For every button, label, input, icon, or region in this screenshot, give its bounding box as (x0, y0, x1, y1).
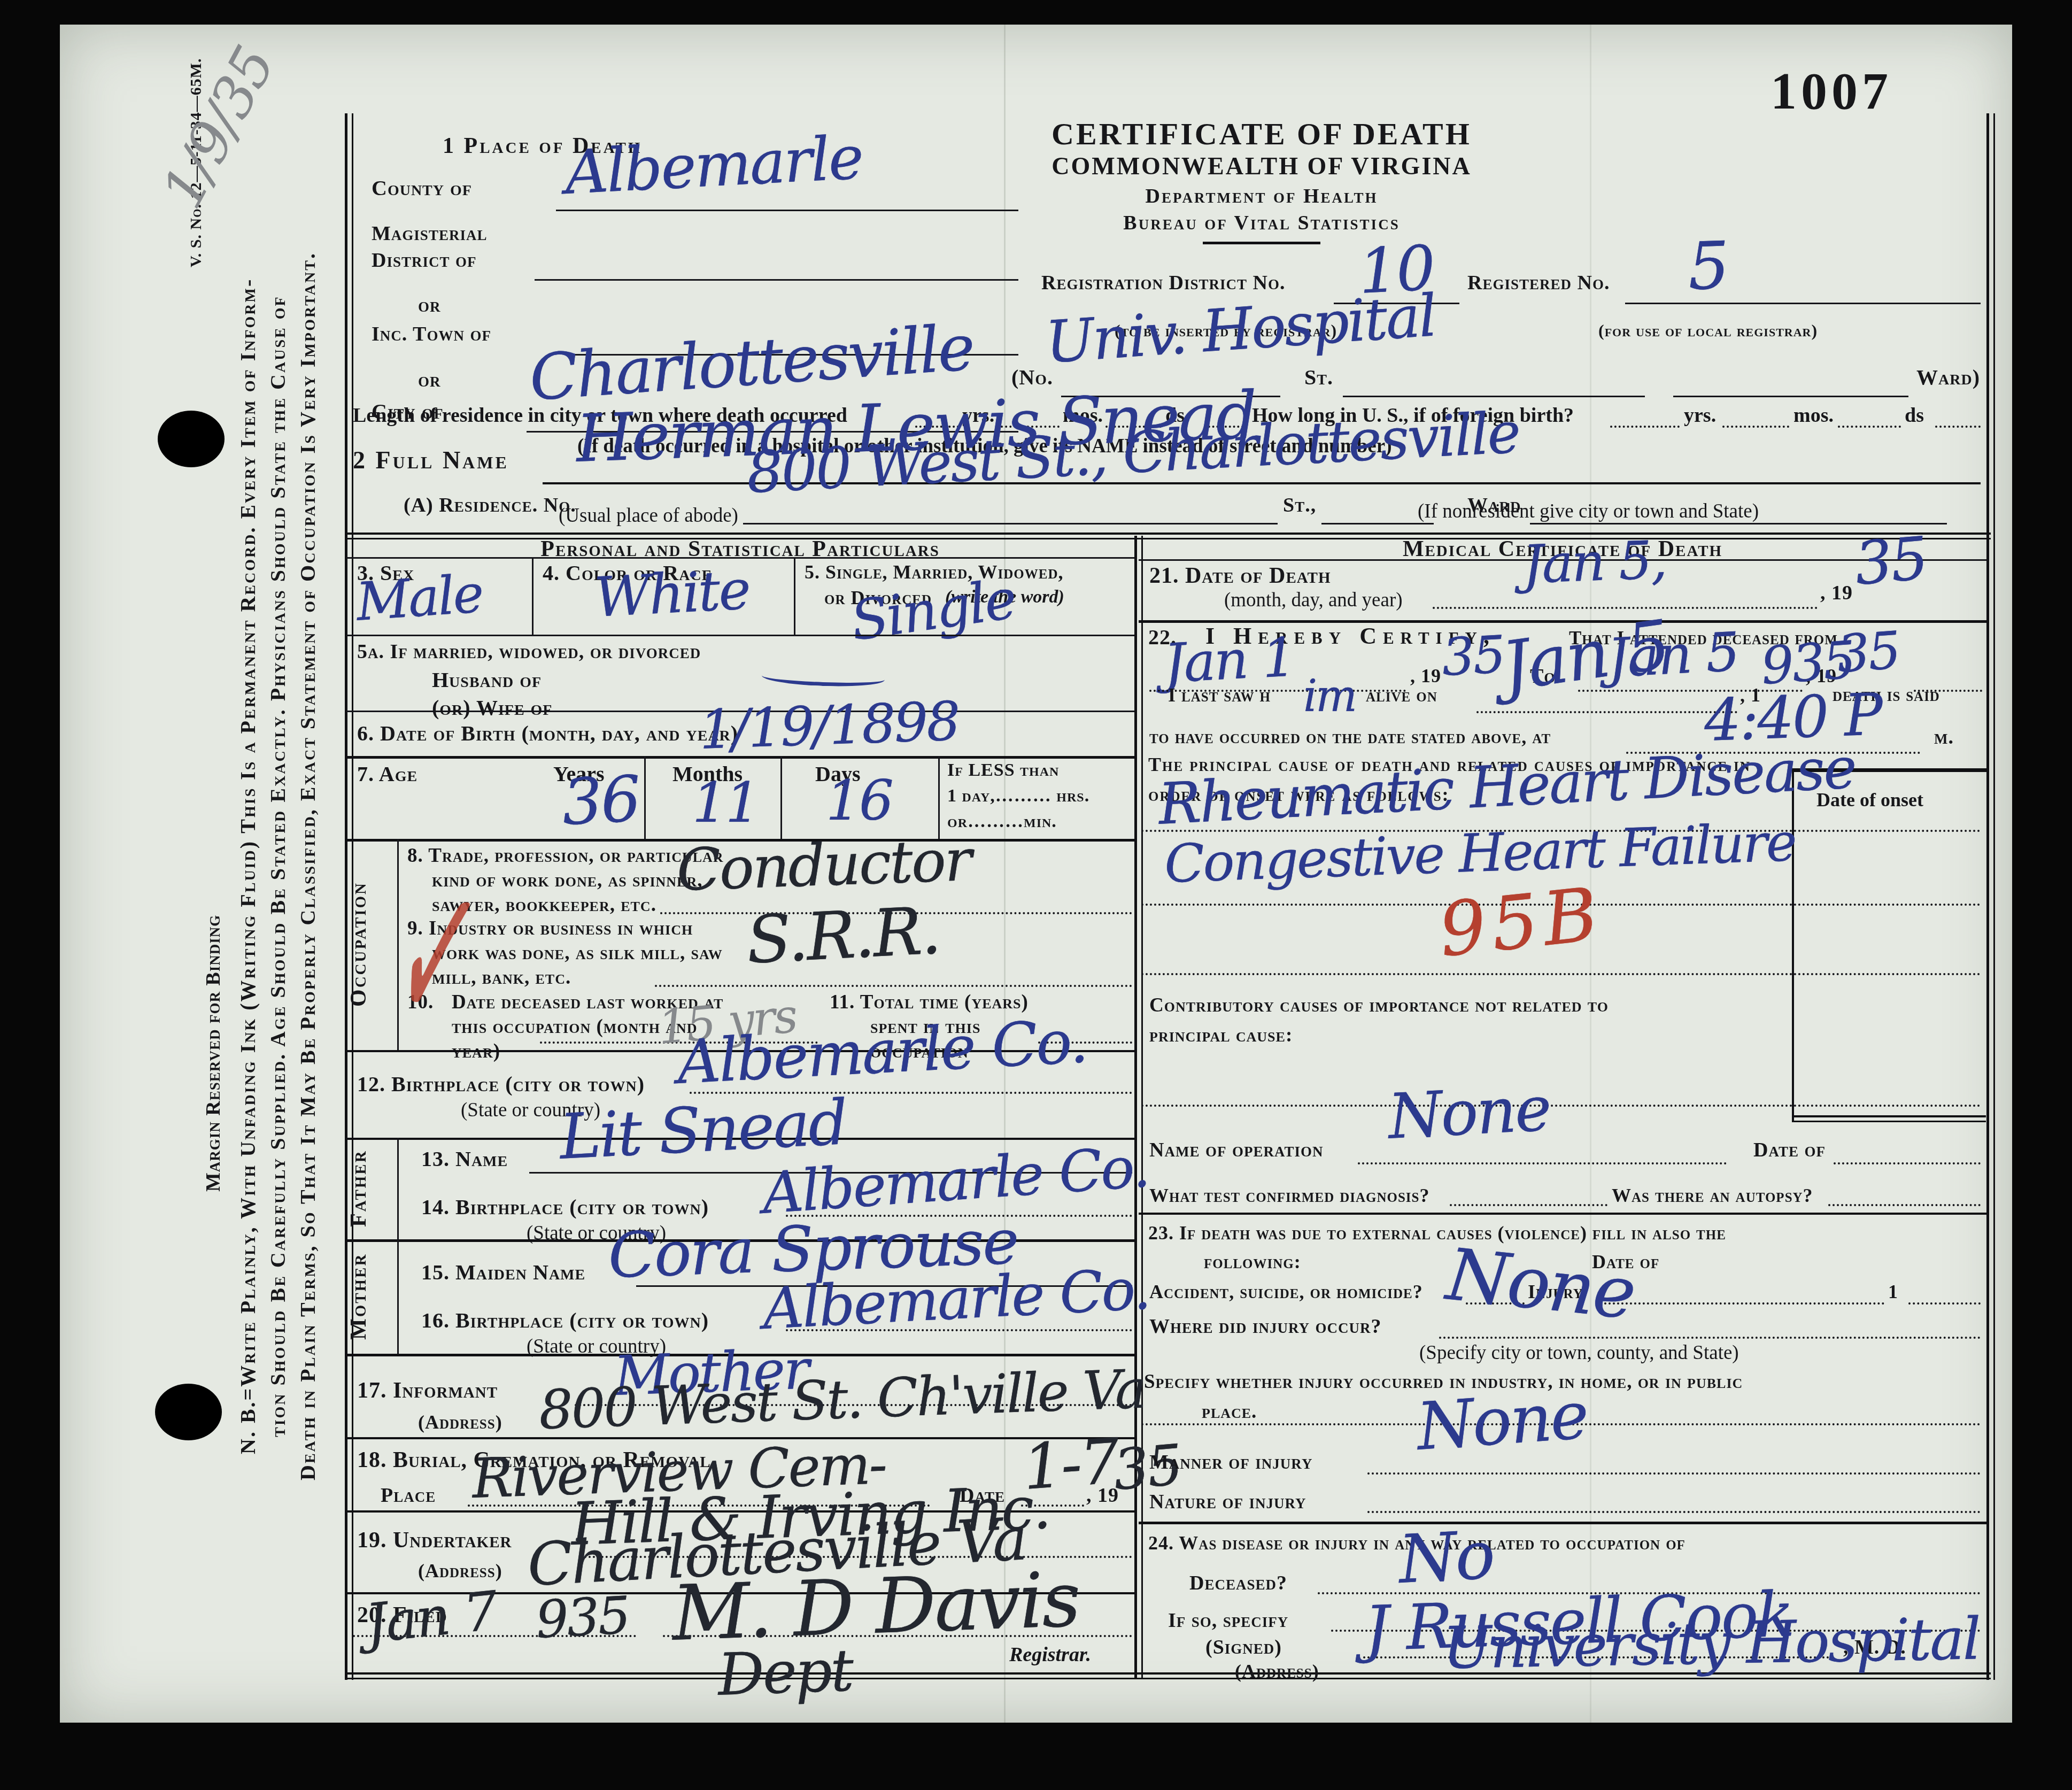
s11-label-1: 11. Total time (years) (830, 992, 1029, 1012)
rule (346, 635, 1134, 636)
test-label: What test confirmed diagnosis? (1149, 1186, 1430, 1205)
fill-line (1141, 973, 1981, 975)
year-19-prefix: , 19 (1820, 583, 1853, 603)
sex-value: Male (354, 568, 484, 629)
fill-line (1358, 1162, 1727, 1164)
nonresident-note: (If nonresident give city or town and St… (1418, 501, 1759, 521)
fill-line (1722, 426, 1789, 428)
s13-label: 13. Name (421, 1148, 508, 1170)
fill-line (1828, 1204, 1981, 1206)
attended-from-year: 35 (1441, 629, 1505, 683)
fill-line (1367, 1472, 1981, 1475)
where-injury-label: Where did injury occur? (1149, 1316, 1382, 1337)
injury-one-label: 1 (1888, 1282, 1898, 1301)
cell-divider (938, 756, 940, 839)
department-line: Department of Health (1037, 186, 1486, 206)
registrar-dept-note: Dept (717, 1642, 853, 1704)
where-injury-note: (Specify city or town, county, and State… (1419, 1343, 1739, 1363)
magisterial-label-2: District of (372, 250, 476, 271)
rule (346, 756, 1134, 759)
fill-line (1596, 1302, 1884, 1305)
s21-note: (month, day, and year) (1224, 590, 1403, 610)
s17-label: 17. Informant (357, 1379, 498, 1402)
registered-no-label: Registered No. (1467, 273, 1610, 293)
abode-note: (Usual place of abode) (559, 506, 738, 526)
s5a-label-3: (or) Wife of (432, 697, 552, 719)
registered-no-value: 5 (1687, 233, 1729, 299)
s17-address-label: (Address) (418, 1413, 502, 1432)
s19-label: 19. Undertaker (357, 1529, 512, 1552)
margin-nb-line1: N. B.=Write Plainly, With Unfading Ink (… (237, 91, 264, 1641)
operation-label: Name of operation (1149, 1140, 1323, 1160)
age-label: 7. Age (357, 763, 418, 785)
st2-label: St., (1283, 495, 1316, 515)
death-year-value: 35 (1852, 529, 1929, 593)
mos-label: mos. (1793, 405, 1834, 426)
fill-line (1433, 607, 1818, 609)
or-label: or (418, 370, 441, 390)
year-19-prefix: , 19 (1086, 1485, 1119, 1506)
saw-im-value: im (1303, 675, 1356, 719)
fill-line (1908, 1302, 1981, 1305)
ds-label: ds (1905, 405, 1924, 426)
attended-from-value: Jan 1 (1163, 630, 1296, 691)
cell-divider (780, 756, 782, 839)
accident-value: None (1443, 1239, 1638, 1330)
burial-place-label: Place (381, 1485, 436, 1506)
s14-label: 14. Birthplace (city or town) (421, 1197, 709, 1218)
header-title-block: CERTIFICATE OF DEATH COMMONWEALTH OF VIR… (1037, 119, 1486, 244)
st2-line (1321, 523, 1434, 524)
residence-line (743, 523, 1278, 524)
full-name-label: 2 Full Name (353, 448, 509, 473)
specify-label-2: place. (1202, 1402, 1257, 1422)
manner-label: Manner of injury (1149, 1452, 1312, 1472)
cell-divider (397, 1138, 399, 1239)
ward-label: Ward) (1916, 367, 1980, 388)
ward-line (1673, 396, 1908, 397)
death-date-value: Jan 5, (1522, 534, 1667, 591)
certificate-title: CERTIFICATE OF DEATH (1037, 119, 1486, 150)
s19-address-label: (Address) (418, 1561, 502, 1580)
bureau-underline (1203, 242, 1320, 244)
nature-label: Nature of injury (1149, 1492, 1306, 1512)
contributory-label-2: principal cause: (1149, 1025, 1293, 1045)
local-registrar-note: (for use of local registrar) (1598, 322, 1818, 339)
accident-label: Accident, suicide, or homicide? (1149, 1282, 1423, 1301)
rule (1139, 1522, 1986, 1524)
contributory-label-1: Contributory causes of importance not re… (1149, 996, 1609, 1015)
fill-line (1834, 1162, 1981, 1164)
fill-line (1141, 1105, 1981, 1107)
s5a-label-2: Husband of (432, 669, 542, 691)
certificate-number: 1007 (1771, 65, 1892, 118)
saw-label-1: I last saw h (1168, 685, 1271, 705)
cell-divider (644, 756, 646, 839)
manner-value: None (1414, 1383, 1589, 1460)
s16-label: 16. Birthplace (city or town) (421, 1310, 709, 1331)
st-line (1343, 396, 1645, 397)
fill-line (1439, 1337, 1981, 1339)
ward2-line (1530, 523, 1947, 524)
if-so-label: If so, specify (1168, 1610, 1288, 1631)
margin-nb-line3: Death in Plain Terms, So That It May Be … (297, 91, 324, 1641)
punch-hole (155, 1384, 222, 1440)
fill-line (1367, 1511, 1981, 1513)
cell-divider (532, 557, 534, 635)
fill-line (1450, 1204, 1607, 1206)
margin-binding-note: Margin Reserved for Binding (203, 888, 229, 1219)
st-label: St. (1304, 367, 1333, 388)
age-days-value: 16 (826, 774, 892, 829)
fill-line (1476, 711, 1737, 713)
s5a-label-1: 5a. If married, widowed, or divorced (357, 642, 701, 662)
magisterial-label-1: Magisterial (372, 223, 487, 244)
filed-year-value: 935 (535, 1590, 630, 1646)
age-years-value: 36 (561, 767, 641, 834)
fill-line (1935, 426, 1981, 428)
residence-label: (A) Residence. No. (404, 495, 576, 515)
if-less-label-1: If LESS than (947, 761, 1059, 780)
physician-address: University Hospital (1442, 1610, 1980, 1678)
column-divider (1134, 536, 1143, 1678)
cause-code-stamp: 95B (1436, 877, 1607, 968)
s23-label-1: 23. If death was due to external causes … (1148, 1223, 1726, 1243)
industry-value: S.R.R. (745, 898, 941, 973)
s23-label-2: following: (1204, 1252, 1301, 1271)
m-label: m. (1934, 727, 1954, 747)
or-label: or (418, 295, 441, 315)
yrs-label: yrs. (1684, 405, 1716, 426)
rule (1139, 1213, 1986, 1215)
signed-label: (Signed) (1205, 1637, 1282, 1657)
s12-label: 12. Birthplace (city or town) (357, 1074, 645, 1095)
year-19-prefix: , 19 (1410, 666, 1441, 685)
fill-line (1838, 426, 1901, 428)
margin-nb-line2: tion Should Be Carefully Supplied. Age S… (267, 91, 294, 1641)
mother-side-label: Mother (347, 1239, 397, 1354)
punch-hole (158, 411, 225, 467)
county-value: Albemarle (563, 128, 863, 203)
county-line (556, 210, 1018, 211)
date-of-onset-box (1792, 768, 1988, 1122)
age-months-value: 11 (692, 776, 759, 831)
registrar-label: Registrar. (1009, 1645, 1091, 1665)
s21-label: 21. Date of Death (1149, 565, 1331, 587)
scanned-death-certificate: { "colors":{"paper":"#e5e9e2","print":"#… (0, 0, 2072, 1790)
s15-label: 15. Maiden Name (421, 1262, 585, 1283)
fill-line (655, 985, 1132, 987)
s24-label-2: Deceased? (1189, 1573, 1287, 1593)
filed-date-value: Jan 7 (364, 1584, 499, 1651)
bureau-line: Bureau of Vital Statistics (1037, 213, 1486, 233)
operation-date-label: Date of (1753, 1140, 1826, 1160)
if-less-label-2: 1 day,……… hrs. (947, 787, 1089, 805)
dob-value: 1/19/1898 (699, 695, 960, 757)
cell-divider (397, 1239, 399, 1354)
race-value: White (593, 563, 751, 626)
commonwealth-subtitle: COMMONWEALTH OF VIRGINA (1037, 154, 1486, 179)
trade-value: Conductor (676, 832, 971, 900)
saw-label-2: alive on (1366, 685, 1437, 705)
signed-address-label: (Address) (1235, 1662, 1319, 1681)
registrar-signature: M. D Davis (671, 1562, 1080, 1652)
county-label: County of (372, 178, 472, 199)
occurred-label: to have occurred on the date stated abov… (1149, 727, 1551, 746)
registration-district-label: Registration District No. (1041, 273, 1285, 293)
father-side-label: Father (347, 1138, 397, 1239)
registered-no-line (1625, 303, 1981, 304)
father-name-value: Lit Snead (558, 1092, 848, 1169)
inc-town-label: Inc. Town of (372, 324, 491, 344)
dob-label: 6. Date of Birth (month, day, and year) (357, 723, 738, 744)
magisterial-line (535, 279, 1018, 281)
related-value: No (1397, 1522, 1495, 1593)
autopsy-label: Was there an autopsy? (1612, 1186, 1813, 1205)
operation-value: None (1387, 1078, 1551, 1148)
onset-box-bottom (1792, 1115, 1986, 1122)
fill-line (1610, 426, 1680, 428)
cell-divider (794, 557, 795, 635)
